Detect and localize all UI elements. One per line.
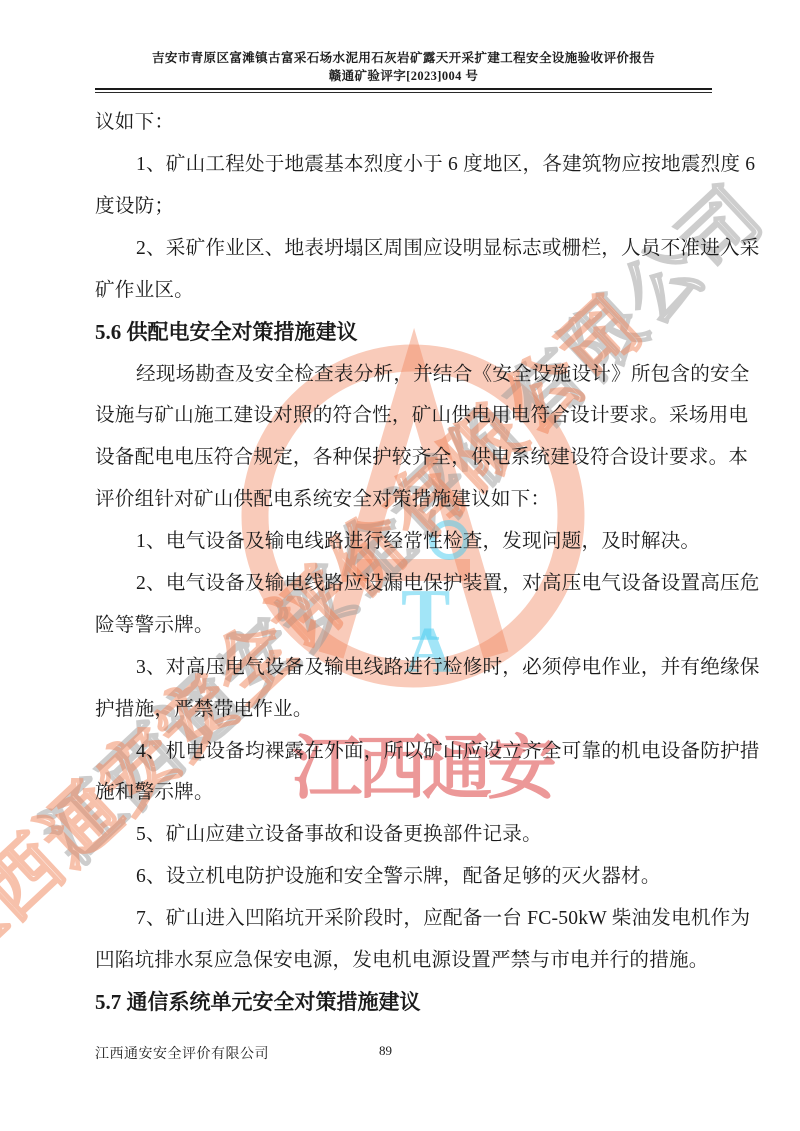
footer-page-number: 89 <box>379 1043 392 1059</box>
body-line: 6、设立机电防护设施和安全警示牌，配备足够的灭火器材。 <box>95 856 712 898</box>
body-line: 矿作业区。 <box>95 270 712 312</box>
body-line: 设施与矿山施工建设对照的符合性，矿山供电用电符合设计要求。采场用电 <box>95 395 712 437</box>
body-line: 设备配电电压符合规定，各种保护较齐全，供电系统建设符合设计要求。本 <box>95 437 712 479</box>
section-heading: 5.6 供配电安全对策措施建议 <box>95 312 712 354</box>
document-page: T A 江西通安安全评价有限公司 江西通安安全评价有限公司 江西通安 吉安市青原… <box>0 0 800 1131</box>
body-line: 1、矿山工程处于地震基本烈度小于 6 度地区，各建筑物应按地震烈度 6 <box>95 144 712 186</box>
header-doc-number: 赣通矿验评字[2023]004 号 <box>95 68 712 85</box>
body-line: 凹陷坑排水泵应急保安电源，发电机电源设置严禁与市电并行的措施。 <box>95 940 712 982</box>
body-line: 2、采矿作业区、地表坍塌区周围应设明显标志或栅栏，人员不准进入采 <box>95 228 712 270</box>
header-rule-thick <box>95 88 712 90</box>
header-title: 吉安市青原区富滩镇古富采石场水泥用石灰岩矿露天开采扩建工程安全设施验收评价报告 <box>95 50 712 67</box>
body-line: 经现场勘查及安全检查表分析，并结合《安全设施设计》所包含的安全 <box>95 354 712 396</box>
header-rule-thin <box>95 92 712 93</box>
body-line: 险等警示牌。 <box>95 605 712 647</box>
header-rule <box>95 88 712 93</box>
body-line: 施和警示牌。 <box>95 772 712 814</box>
body-line: 3、对高压电气设备及输电线路进行检修时，必须停电作业，并有绝缘保 <box>95 647 712 689</box>
body-line: 2、电气设备及输电线路应设漏电保护装置，对高压电气设备设置高压危 <box>95 563 712 605</box>
body-line: 7、矿山进入凹陷坑开采阶段时，应配备一台 FC-50kW 柴油发电机作为 <box>95 898 712 940</box>
body-lines: 议如下：1、矿山工程处于地震基本烈度小于 6 度地区，各建筑物应按地震烈度 6度… <box>95 102 712 1024</box>
body-line: 护措施，严禁带电作业。 <box>95 689 712 731</box>
body-line: 5、矿山应建立设备事故和设备更换部件记录。 <box>95 814 712 856</box>
page-content: 吉安市青原区富滩镇古富采石场水泥用石灰岩矿露天开采扩建工程安全设施验收评价报告 … <box>95 0 712 1024</box>
footer-company: 江西通安安全评价有限公司 <box>95 1043 269 1063</box>
body-line: 议如下： <box>95 102 712 144</box>
body-line: 4、机电设备均裸露在外面，所以矿山应设立齐全可靠的机电设备防护措 <box>95 731 712 773</box>
body-line: 评价组针对矿山供配电系统安全对策措施建议如下： <box>95 479 712 521</box>
body-line: 度设防； <box>95 186 712 228</box>
body-line: 1、电气设备及输电线路进行经常性检查，发现问题，及时解决。 <box>95 521 712 563</box>
section-heading: 5.7 通信系统单元安全对策措施建议 <box>95 982 712 1024</box>
page-header: 吉安市青原区富滩镇古富采石场水泥用石灰岩矿露天开采扩建工程安全设施验收评价报告 … <box>95 0 712 93</box>
